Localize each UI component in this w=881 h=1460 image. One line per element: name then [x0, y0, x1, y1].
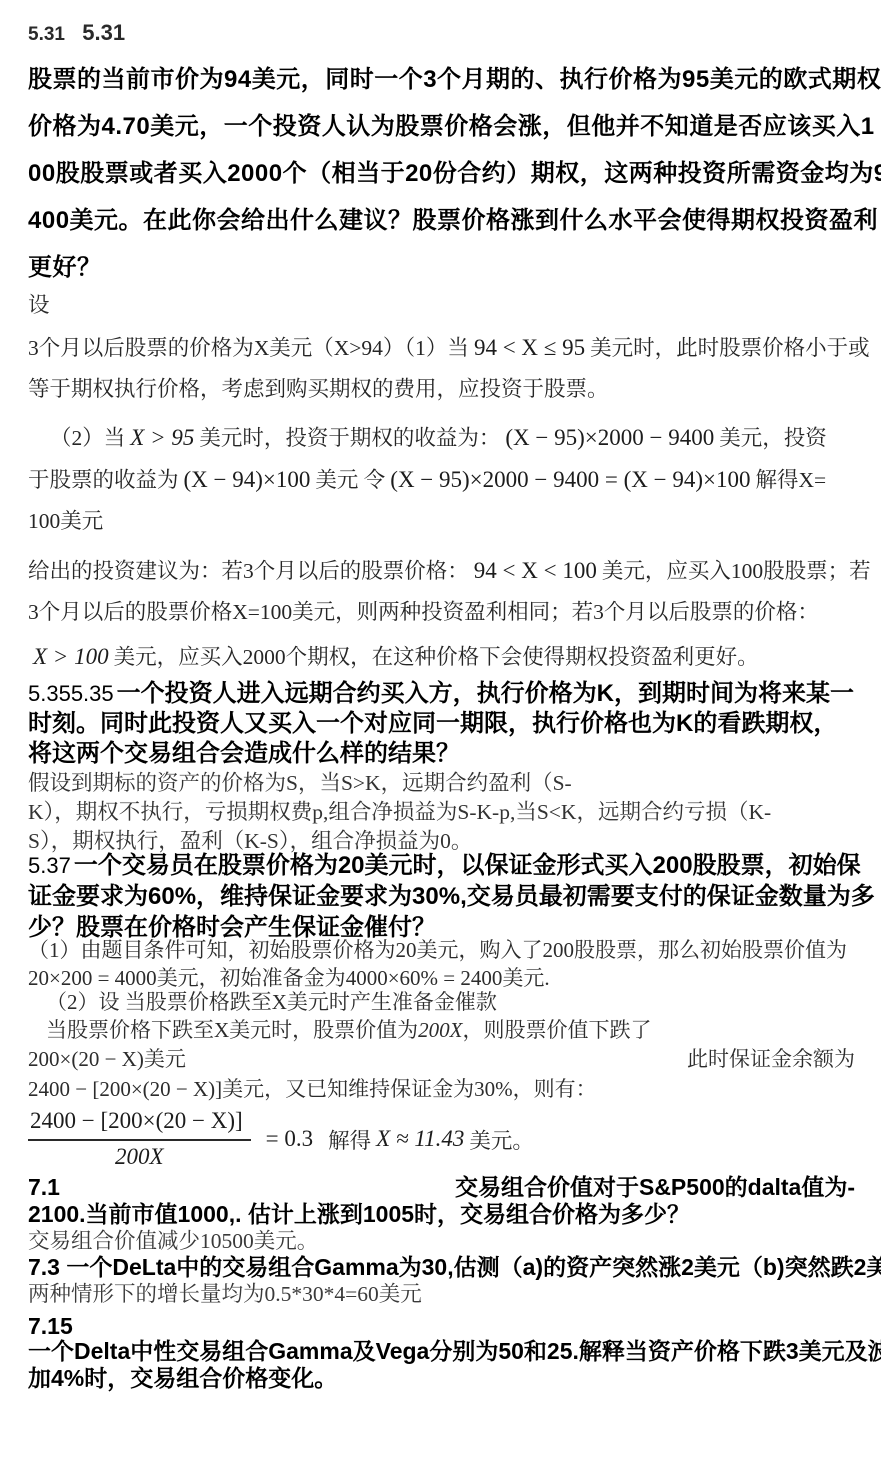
answer-5-37-balance-line: 2400 − [200×(20 − X)]美元，又已知维持保证金为30%，则有：	[28, 1074, 855, 1104]
solution-setup-label: 设	[28, 291, 855, 319]
answer-5-35: 假设到期标的资产的价格为S，当S>K，远期合约盈利（S- K），期权不执行，亏损…	[28, 769, 855, 856]
question-5-31: 股票的当前市价为94美元，同时一个3个月期的、执行价格为95美元的欧式期权 价格…	[28, 56, 855, 291]
text-run: 解得	[328, 1124, 371, 1155]
problem-number-large: 5.31	[82, 20, 125, 45]
answer-5-37-margin-line: 200×(20 − X)美元 此时保证金余额为	[28, 1044, 855, 1074]
question-line: 将这两个交易组合会造成什么样的结果？	[28, 739, 855, 769]
solution-line: （2）当X > 95美元时，投资于期权的收益为：(X − 95)×2000 − …	[28, 417, 855, 459]
question-number: 5.355.35	[28, 681, 117, 706]
math-expression: (X − 94)×100	[179, 467, 316, 492]
text-run: 美元 令	[315, 468, 385, 492]
solution-5-31-case2: （2）当X > 95美元时，投资于期权的收益为：(X − 95)×2000 − …	[28, 417, 855, 542]
solution-5-31-advice: 给出的投资建议为：若3个月以后的股票价格：94 < X < 100美元，应买入1…	[28, 550, 855, 633]
text-run: 美元时，此时股票价格小于或	[590, 336, 870, 360]
question-number: 5.37	[28, 853, 74, 878]
math-expression: 94 < X ≤ 95	[469, 335, 590, 360]
answer-line: 当股票价格下跌至X美元时，股票价值为200X，则股票价值下跌了	[28, 1016, 855, 1044]
question-line: 证金要求为60%，维持保证金要求为30%,交易员最初需要支付的保证金数量为多	[28, 881, 855, 912]
math-expression: X > 100	[28, 644, 114, 669]
question-7-1-line2: 2100.当前市值1000,. 估计上涨到1005时，交易组合价格为多少？	[28, 1201, 855, 1228]
text-run: 美元，又已知维持保证金为30%，则有：	[222, 1077, 597, 1101]
answer-right: 此时保证金余额为	[687, 1044, 855, 1074]
document-page: 5.31 5.31 股票的当前市价为94美元，同时一个3个月期的、执行价格为95…	[0, 0, 881, 1460]
question-line: 5.355.35一个投资人进入远期合约买入方，执行价格为K，到期时间为将来某一	[28, 679, 855, 709]
math-expression: 200X	[418, 1018, 462, 1042]
text-run: 解得X=	[755, 468, 826, 492]
math-expression: 4000×60% = 2400	[346, 966, 503, 990]
math-expression: X ≈ 11.43	[371, 1126, 469, 1152]
text-run: 一个交易员在股票价格为20美元时，以保证金形式买入200股股票，初始保	[74, 852, 861, 879]
solution-line: 于股票的收益为(X − 94)×100美元 令(X − 95)×2000 − 9…	[28, 459, 855, 501]
answer-7-3: 两种情形下的增长量均为0.5*30*4=60美元	[28, 1281, 855, 1307]
solution-line: X > 100美元，应买入2000个期权，在这种价格下会使得期权投资盈利更好。	[28, 636, 855, 678]
math-expression: 20×200 = 4000	[28, 966, 157, 990]
text-run: （2）当	[50, 426, 125, 450]
answer-7-1: 交易组合价值减少10500美元。	[28, 1228, 855, 1254]
text-run: 一个投资人进入远期合约买入方，执行价格为K，到期时间为将来某一	[117, 680, 854, 707]
text-run: 美元	[144, 1047, 186, 1071]
answer-5-37-part1: （1）由题目条件可知，初始股票价格为20美元，购入了200股股票，那么初始股票价…	[28, 936, 855, 992]
question-5-37: 5.37一个交易员在股票价格为20美元时，以保证金形式买入200股股票，初始保 …	[28, 850, 855, 943]
question-7-15-number: 7.15	[28, 1313, 855, 1340]
text-run: 美元，应买入100股股票；若	[602, 559, 871, 583]
text-run: 美元，应买入2000个期权，在这种价格下会使得期权投资盈利更好。	[114, 645, 759, 669]
question-line: 时刻。同时此投资人又买入一个对应同一期限，执行价格也为K的看跌期权，	[28, 709, 855, 739]
math-expression: 94 < X < 100	[469, 558, 602, 583]
fraction: 2400 − [200×(20 − X)] 200X	[28, 1108, 251, 1170]
question-line: 交易组合价值对于S&P500的dalta值为-	[455, 1174, 855, 1201]
answer-line: K），期权不执行，亏损期权费p,组合净损益为S-K-p,当S<K，远期合约亏损（…	[28, 798, 855, 827]
answer-line: 假设到期标的资产的价格为S，当S>K，远期合约盈利（S-	[28, 769, 855, 798]
text-run: 美元，投资	[719, 426, 827, 450]
answer-5-37-fraction-equation: 2400 − [200×(20 − X)] 200X = 0.3 解得 X ≈ …	[28, 1108, 855, 1170]
question-line: 加4%时，交易组合价格变化。	[28, 1365, 855, 1392]
solution-5-31-case1: 3个月以后股票的价格为X美元（X>94）（1）当94 < X ≤ 95美元时，此…	[28, 327, 855, 410]
text-run: 给出的投资建议为：若3个月以后的股票价格：	[28, 559, 469, 583]
solution-line: 3个月以后股票的价格为X美元（X>94）（1）当94 < X ≤ 95美元时，此…	[28, 327, 855, 369]
math-expression: 200×(20 − X)	[28, 1047, 144, 1071]
text-run: 于股票的收益为	[28, 468, 179, 492]
answer-line: （2）设 当股票价格跌至X美元时产生准备金催款	[28, 988, 855, 1016]
question-line: 5.37一个交易员在股票价格为20美元时，以保证金形式买入200股股票，初始保	[28, 850, 855, 881]
question-5-35: 5.355.35一个投资人进入远期合约买入方，执行价格为K，到期时间为将来某一 …	[28, 679, 855, 769]
solution-line: 等于期权执行价格，考虑到购买期权的费用，应投资于股票。	[28, 369, 855, 410]
question-7-15: 一个Delta中性交易组合Gamma及Vega分别为50和25.解释当资产价格下…	[28, 1338, 855, 1392]
question-line: 一个Delta中性交易组合Gamma及Vega分别为50和25.解释当资产价格下…	[28, 1338, 855, 1365]
text-run: 美元.	[502, 966, 549, 990]
question-line: 股票的当前市价为94美元，同时一个3个月期的、执行价格为95美元的欧式期权	[28, 56, 855, 103]
question-line: 价格为4.70美元，一个投资人认为股票价格会涨，但他并不知道是否应该买入1	[28, 103, 855, 150]
question-line: 00股股票或者买入2000个（相当于20份合约）期权，这两种投资所需资金均为9	[28, 150, 855, 197]
solution-line: 3个月以后的股票价格X=100美元，则两种投资盈利相同；若3个月以后股票的价格：	[28, 592, 855, 633]
fraction-denominator: 200X	[28, 1141, 251, 1170]
problem-number-header: 5.31 5.31	[28, 20, 855, 48]
question-7-1-row: 7.1 交易组合价值对于S&P500的dalta值为-	[28, 1174, 855, 1201]
solution-line: 100美元	[28, 501, 855, 542]
answer-5-37-part2: （2）设 当股票价格跌至X美元时产生准备金催款 当股票价格下跌至X美元时，股票价…	[28, 988, 855, 1044]
solution-5-31-conclusion: X > 100美元，应买入2000个期权，在这种价格下会使得期权投资盈利更好。	[28, 636, 855, 678]
text-run: 美元。	[469, 1124, 534, 1155]
math-expression: = 0.3	[261, 1126, 318, 1152]
text-run: 3个月以后股票的价格为X美元（X>94）（1）当	[28, 336, 469, 360]
fraction-numerator: 2400 − [200×(20 − X)]	[28, 1108, 251, 1141]
text-run: 美元时，投资于期权的收益为：	[199, 426, 500, 450]
answer-line: （1）由题目条件可知，初始股票价格为20美元，购入了200股股票，那么初始股票价…	[28, 936, 855, 964]
problem-number-small: 5.31	[28, 24, 65, 45]
math-expression: X > 95	[125, 425, 199, 450]
text-run: 美元，初始准备金为	[157, 966, 346, 990]
solution-line: 给出的投资建议为：若3个月以后的股票价格：94 < X < 100美元，应买入1…	[28, 550, 855, 592]
question-7-3: 7.3 一个DeLta中的交易组合Gamma为30,估测（a)的资产突然涨2美元…	[28, 1254, 855, 1281]
text-run: 当股票价格下跌至X美元时，股票价值为	[46, 1018, 418, 1042]
math-expression: 2400 − [200×(20 − X)]	[28, 1077, 222, 1101]
question-number: 7.1	[28, 1174, 60, 1201]
question-line: 更好？	[28, 244, 855, 291]
answer-left: 200×(20 − X)美元	[28, 1044, 186, 1074]
math-expression: (X − 95)×2000 − 9400	[500, 425, 719, 450]
text-run: ，则股票价值下跌了	[463, 1018, 652, 1042]
math-expression: (X − 95)×2000 − 9400 = (X − 94)×100	[385, 467, 755, 492]
question-line: 400美元。在此你会给出什么建议？股票价格涨到什么水平会使得期权投资盈利	[28, 197, 855, 244]
